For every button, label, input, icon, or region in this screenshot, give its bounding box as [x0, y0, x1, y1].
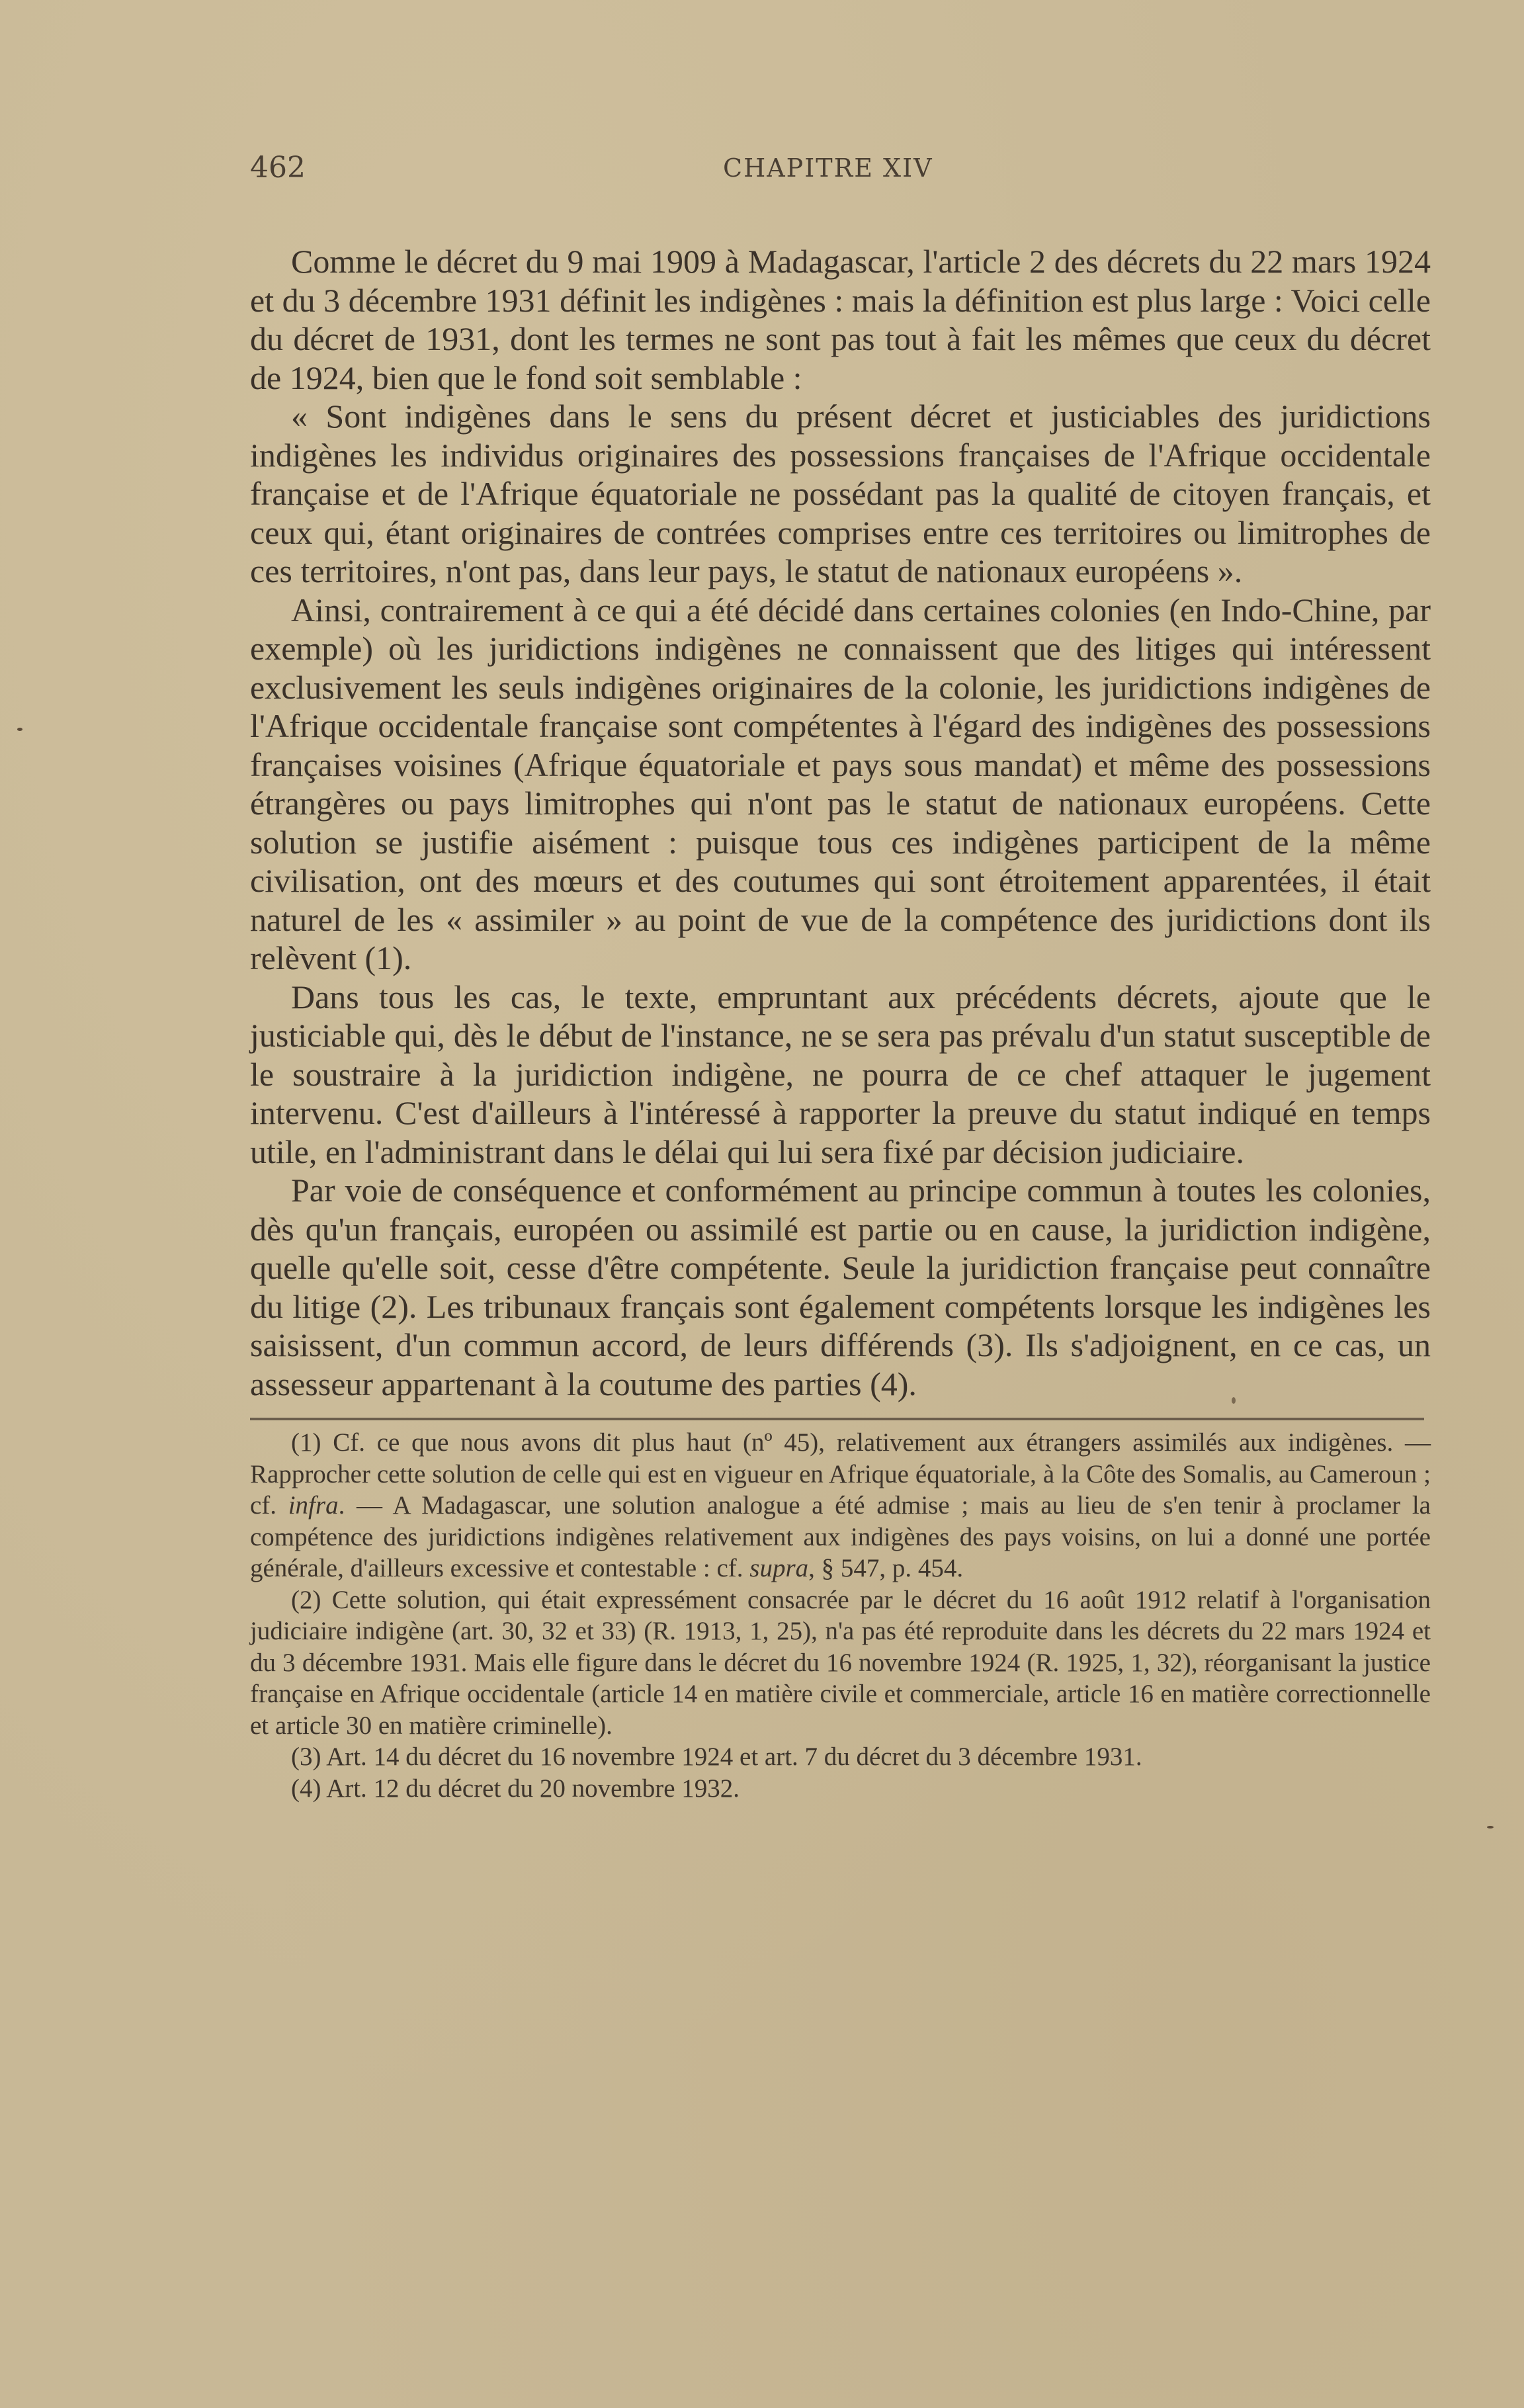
footnote-4: (4) Art. 12 du décret du 20 novembre 193… [250, 1773, 1431, 1805]
footnote-divider [250, 1418, 1424, 1420]
footnote-1-text-c: , § 547, p. 454. [808, 1554, 963, 1582]
paragraph-ainsi: Ainsi, contrairement à ce qui a été déci… [250, 591, 1431, 978]
paragraph-decree-quote: « Sont indigènes dans le sens du présent… [250, 397, 1431, 591]
running-head: 462 CHAPITRE XIV [250, 151, 1431, 197]
footnote-2: (2) Cette solution, qui était expresséme… [250, 1584, 1431, 1742]
paper-speck [17, 728, 22, 731]
page-number: 462 [250, 151, 306, 185]
paragraph-par-voie-de-consequence: Par voie de conséquence et conformément … [250, 1171, 1431, 1403]
book-page: 462 CHAPITRE XIV Comme le décret du 9 ma… [250, 151, 1431, 1804]
paper-speck [1487, 1826, 1494, 1828]
footnote-3: (3) Art. 14 du décret du 16 novembre 192… [250, 1741, 1431, 1773]
footnote-1-supra: supra [749, 1554, 808, 1582]
footnotes: (1) Cf. ce que nous avons dit plus haut … [250, 1427, 1431, 1804]
paragraph-dans-tous-les-cas: Dans tous les cas, le texte, empruntant … [250, 978, 1431, 1172]
chapter-title: CHAPITRE XIV [723, 153, 933, 183]
footnote-1-infra: infra [288, 1491, 339, 1520]
footnote-1: (1) Cf. ce que nous avons dit plus haut … [250, 1427, 1431, 1584]
body-text: Comme le décret du 9 mai 1909 à Madagasc… [250, 242, 1431, 1403]
paper-speck [1232, 1397, 1236, 1404]
paragraph-definition-intro: Comme le décret du 9 mai 1909 à Madagasc… [250, 242, 1431, 397]
